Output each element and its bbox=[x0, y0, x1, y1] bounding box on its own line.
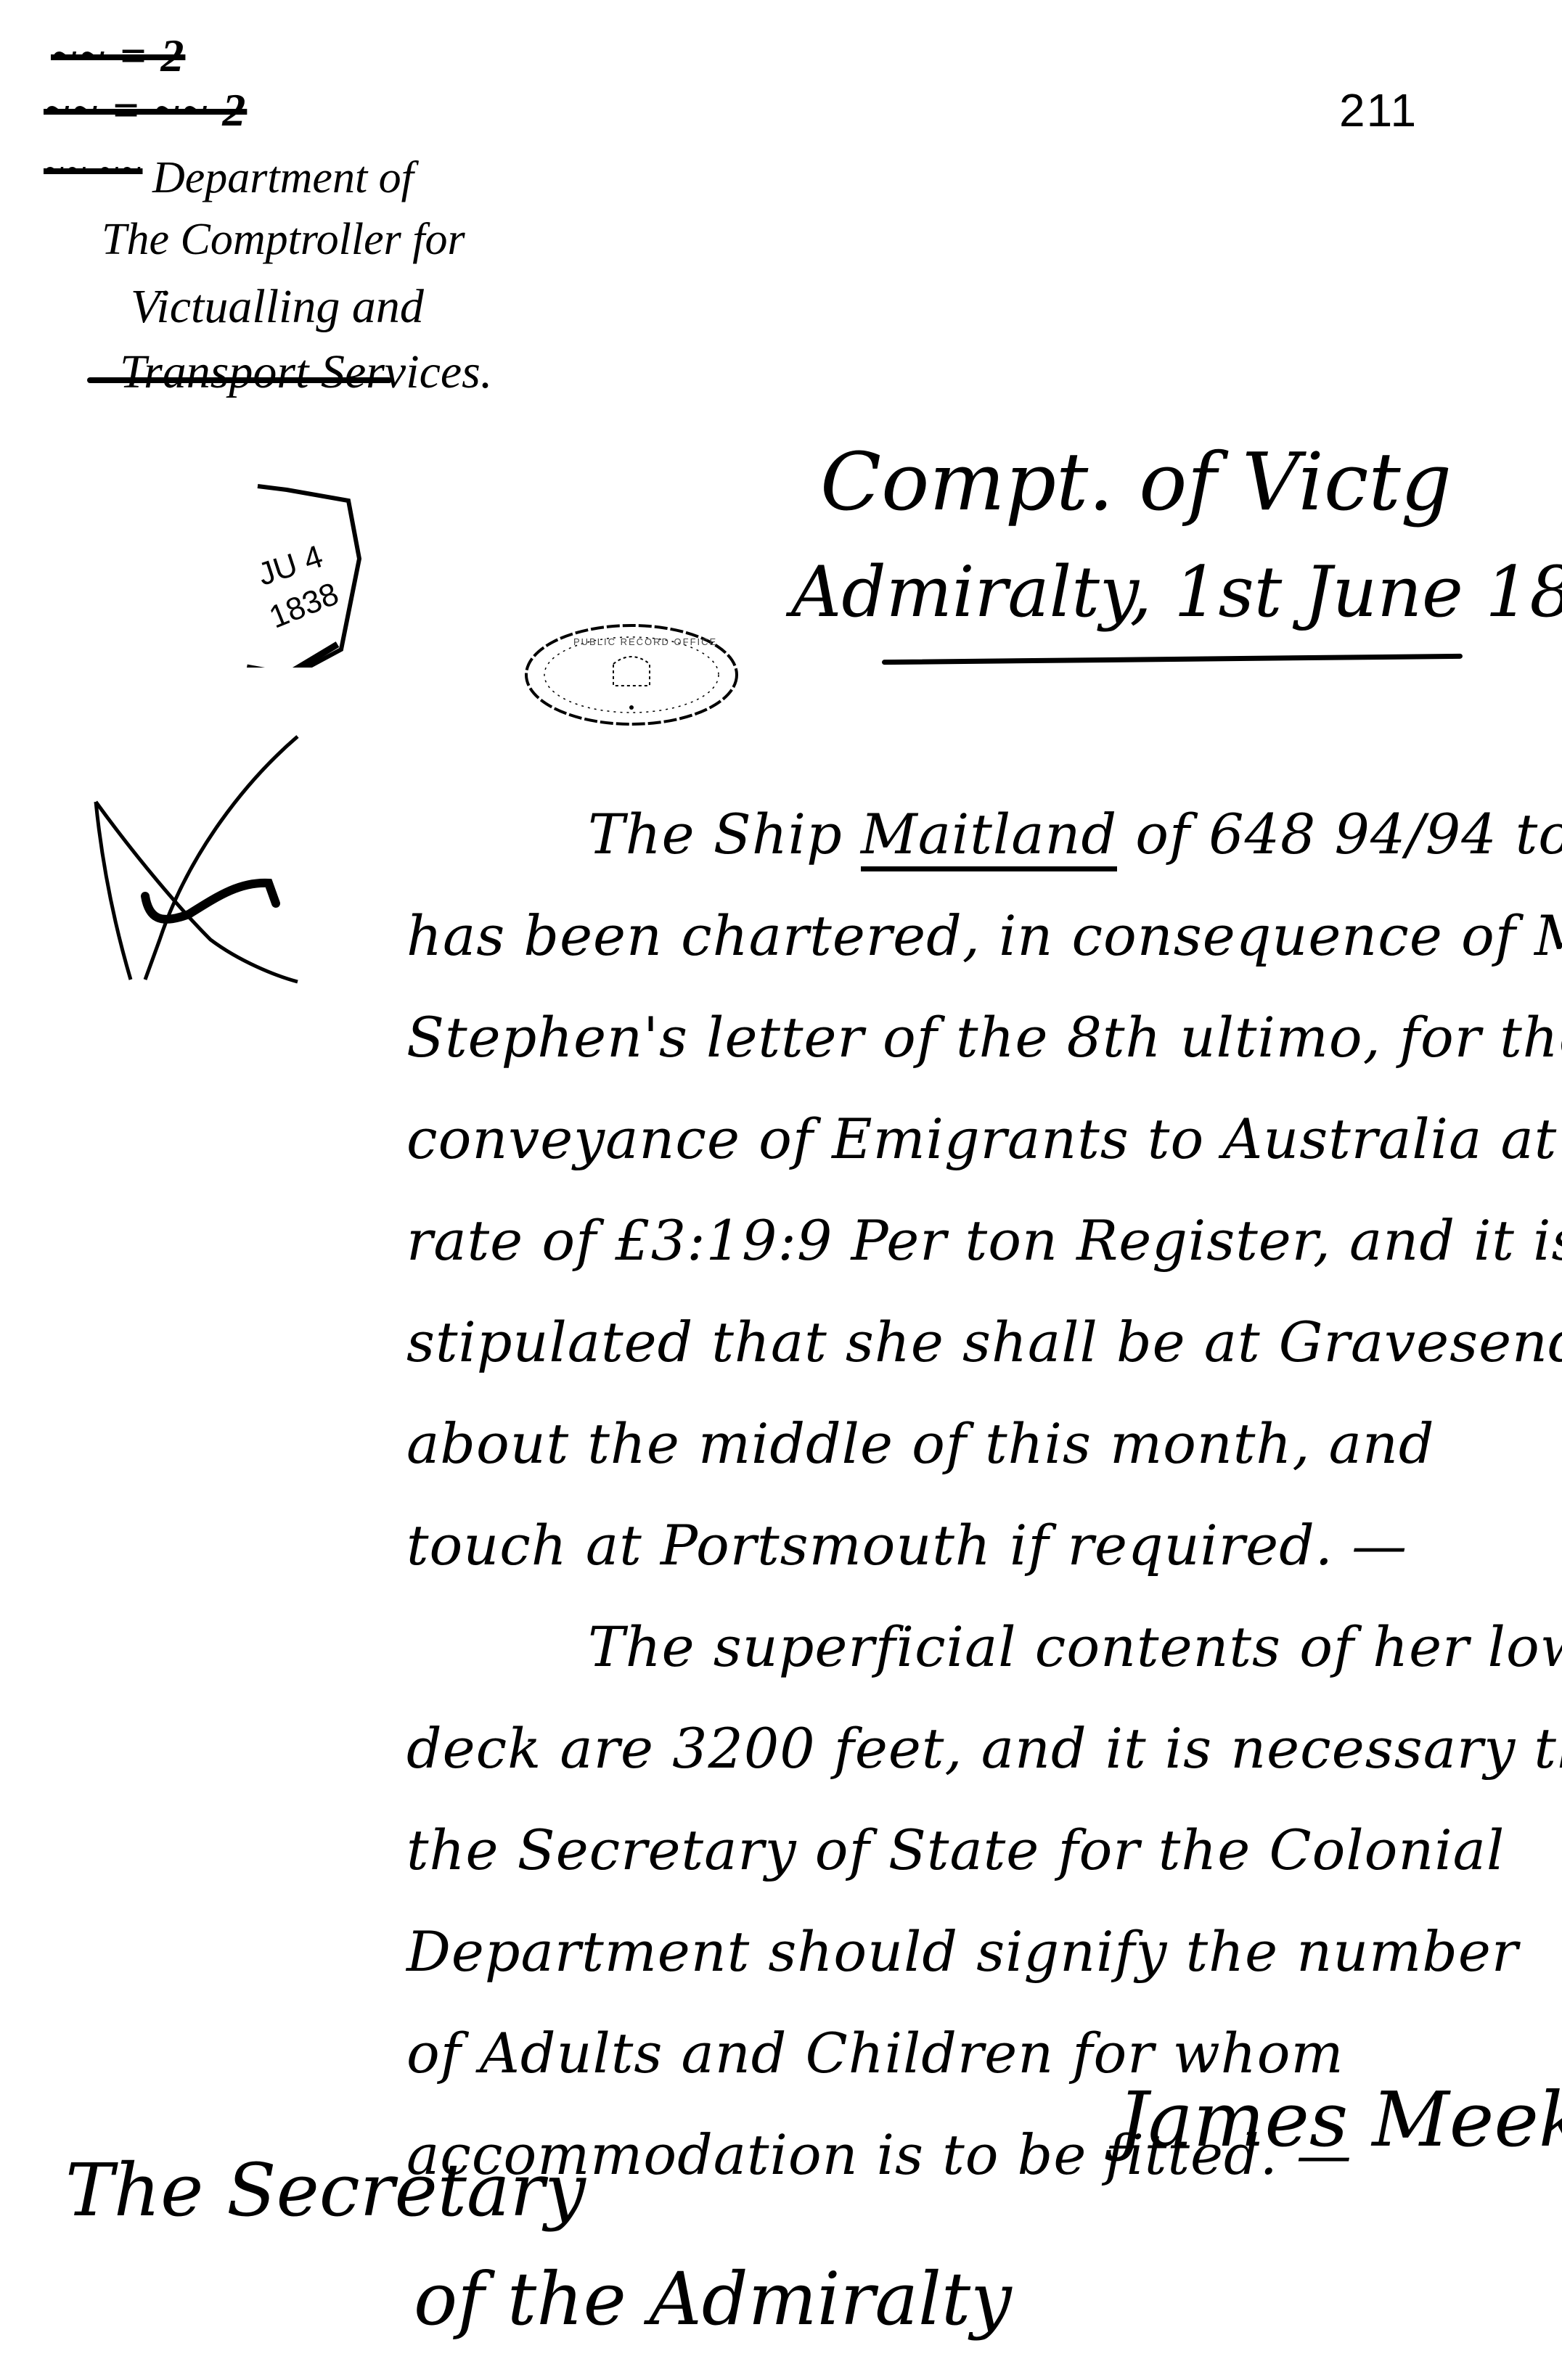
body-line: about the middle of this month, and bbox=[406, 1393, 1539, 1495]
body-line: has been chartered, in consequence of Mr… bbox=[406, 885, 1539, 987]
seal-stamp: PUBLIC RECORD OFFICE bbox=[523, 620, 740, 729]
body-line: touch at Portsmouth if required. — bbox=[406, 1495, 1539, 1596]
letterhead-line: Department of bbox=[152, 152, 414, 204]
body-line: the Secretary of State for the Colonial bbox=[406, 1800, 1539, 1901]
body-line: rate of £3:19:9 Per ton Register, and it… bbox=[406, 1190, 1539, 1292]
body-line: conveyance of Emigrants to Australia at … bbox=[406, 1088, 1539, 1190]
body-line: deck are 3200 feet, and it is necessary … bbox=[406, 1698, 1539, 1800]
addressee-line: The Secretary bbox=[65, 2148, 586, 2233]
body-line: The Ship Maitland of 648 94/94 tons bbox=[406, 784, 1539, 885]
cancelled-mark: ~~ ~~ bbox=[44, 149, 142, 191]
body-line: Stephen's letter of the 8th ultimo, for … bbox=[406, 987, 1539, 1088]
text-span: The Ship bbox=[588, 802, 861, 866]
letterhead-line: Transport Services. bbox=[120, 345, 492, 400]
date-stamp: JU 4 1838 bbox=[218, 479, 406, 668]
paragraph: The Ship Maitland of 648 94/94 tons has … bbox=[406, 784, 1539, 1596]
letterhead-rule bbox=[87, 377, 392, 383]
seal-text: PUBLIC RECORD OFFICE bbox=[573, 636, 717, 647]
letter-body: The Ship Maitland of 648 94/94 tons has … bbox=[406, 784, 1539, 2206]
letterhead: ~~ = 2 ~~ = ~~ 2 ~~ ~~ Department of The… bbox=[44, 29, 450, 421]
letterhead-line: Victualling and bbox=[131, 279, 424, 335]
cancelled-mark: ~~ = ~~ 2 bbox=[44, 83, 247, 137]
text-span: of 648 94/94 tons bbox=[1117, 802, 1562, 866]
body-line: stipulated that she shall be at Gravesen… bbox=[406, 1292, 1539, 1393]
signature: James Meek bbox=[1118, 2075, 1562, 2164]
heading-underline bbox=[882, 654, 1463, 665]
addressee-line: of the Admiralty bbox=[414, 2257, 1012, 2342]
office-heading: Compt. of Victg bbox=[820, 435, 1452, 528]
cancelled-mark: ~~ = 2 bbox=[51, 29, 185, 83]
handwritten-cross-mark-icon bbox=[80, 729, 319, 990]
registry-mark bbox=[80, 729, 319, 990]
body-line: Department should signify the number bbox=[406, 1901, 1539, 2003]
place-date: Admiralty, 1st June 1838. bbox=[791, 551, 1562, 633]
letterhead-line: The Comptroller for bbox=[102, 214, 465, 266]
page-number: 211 bbox=[1339, 83, 1418, 137]
body-line: The superficial contents of her lower bbox=[406, 1596, 1539, 1698]
ship-name: Maitland bbox=[861, 802, 1117, 871]
